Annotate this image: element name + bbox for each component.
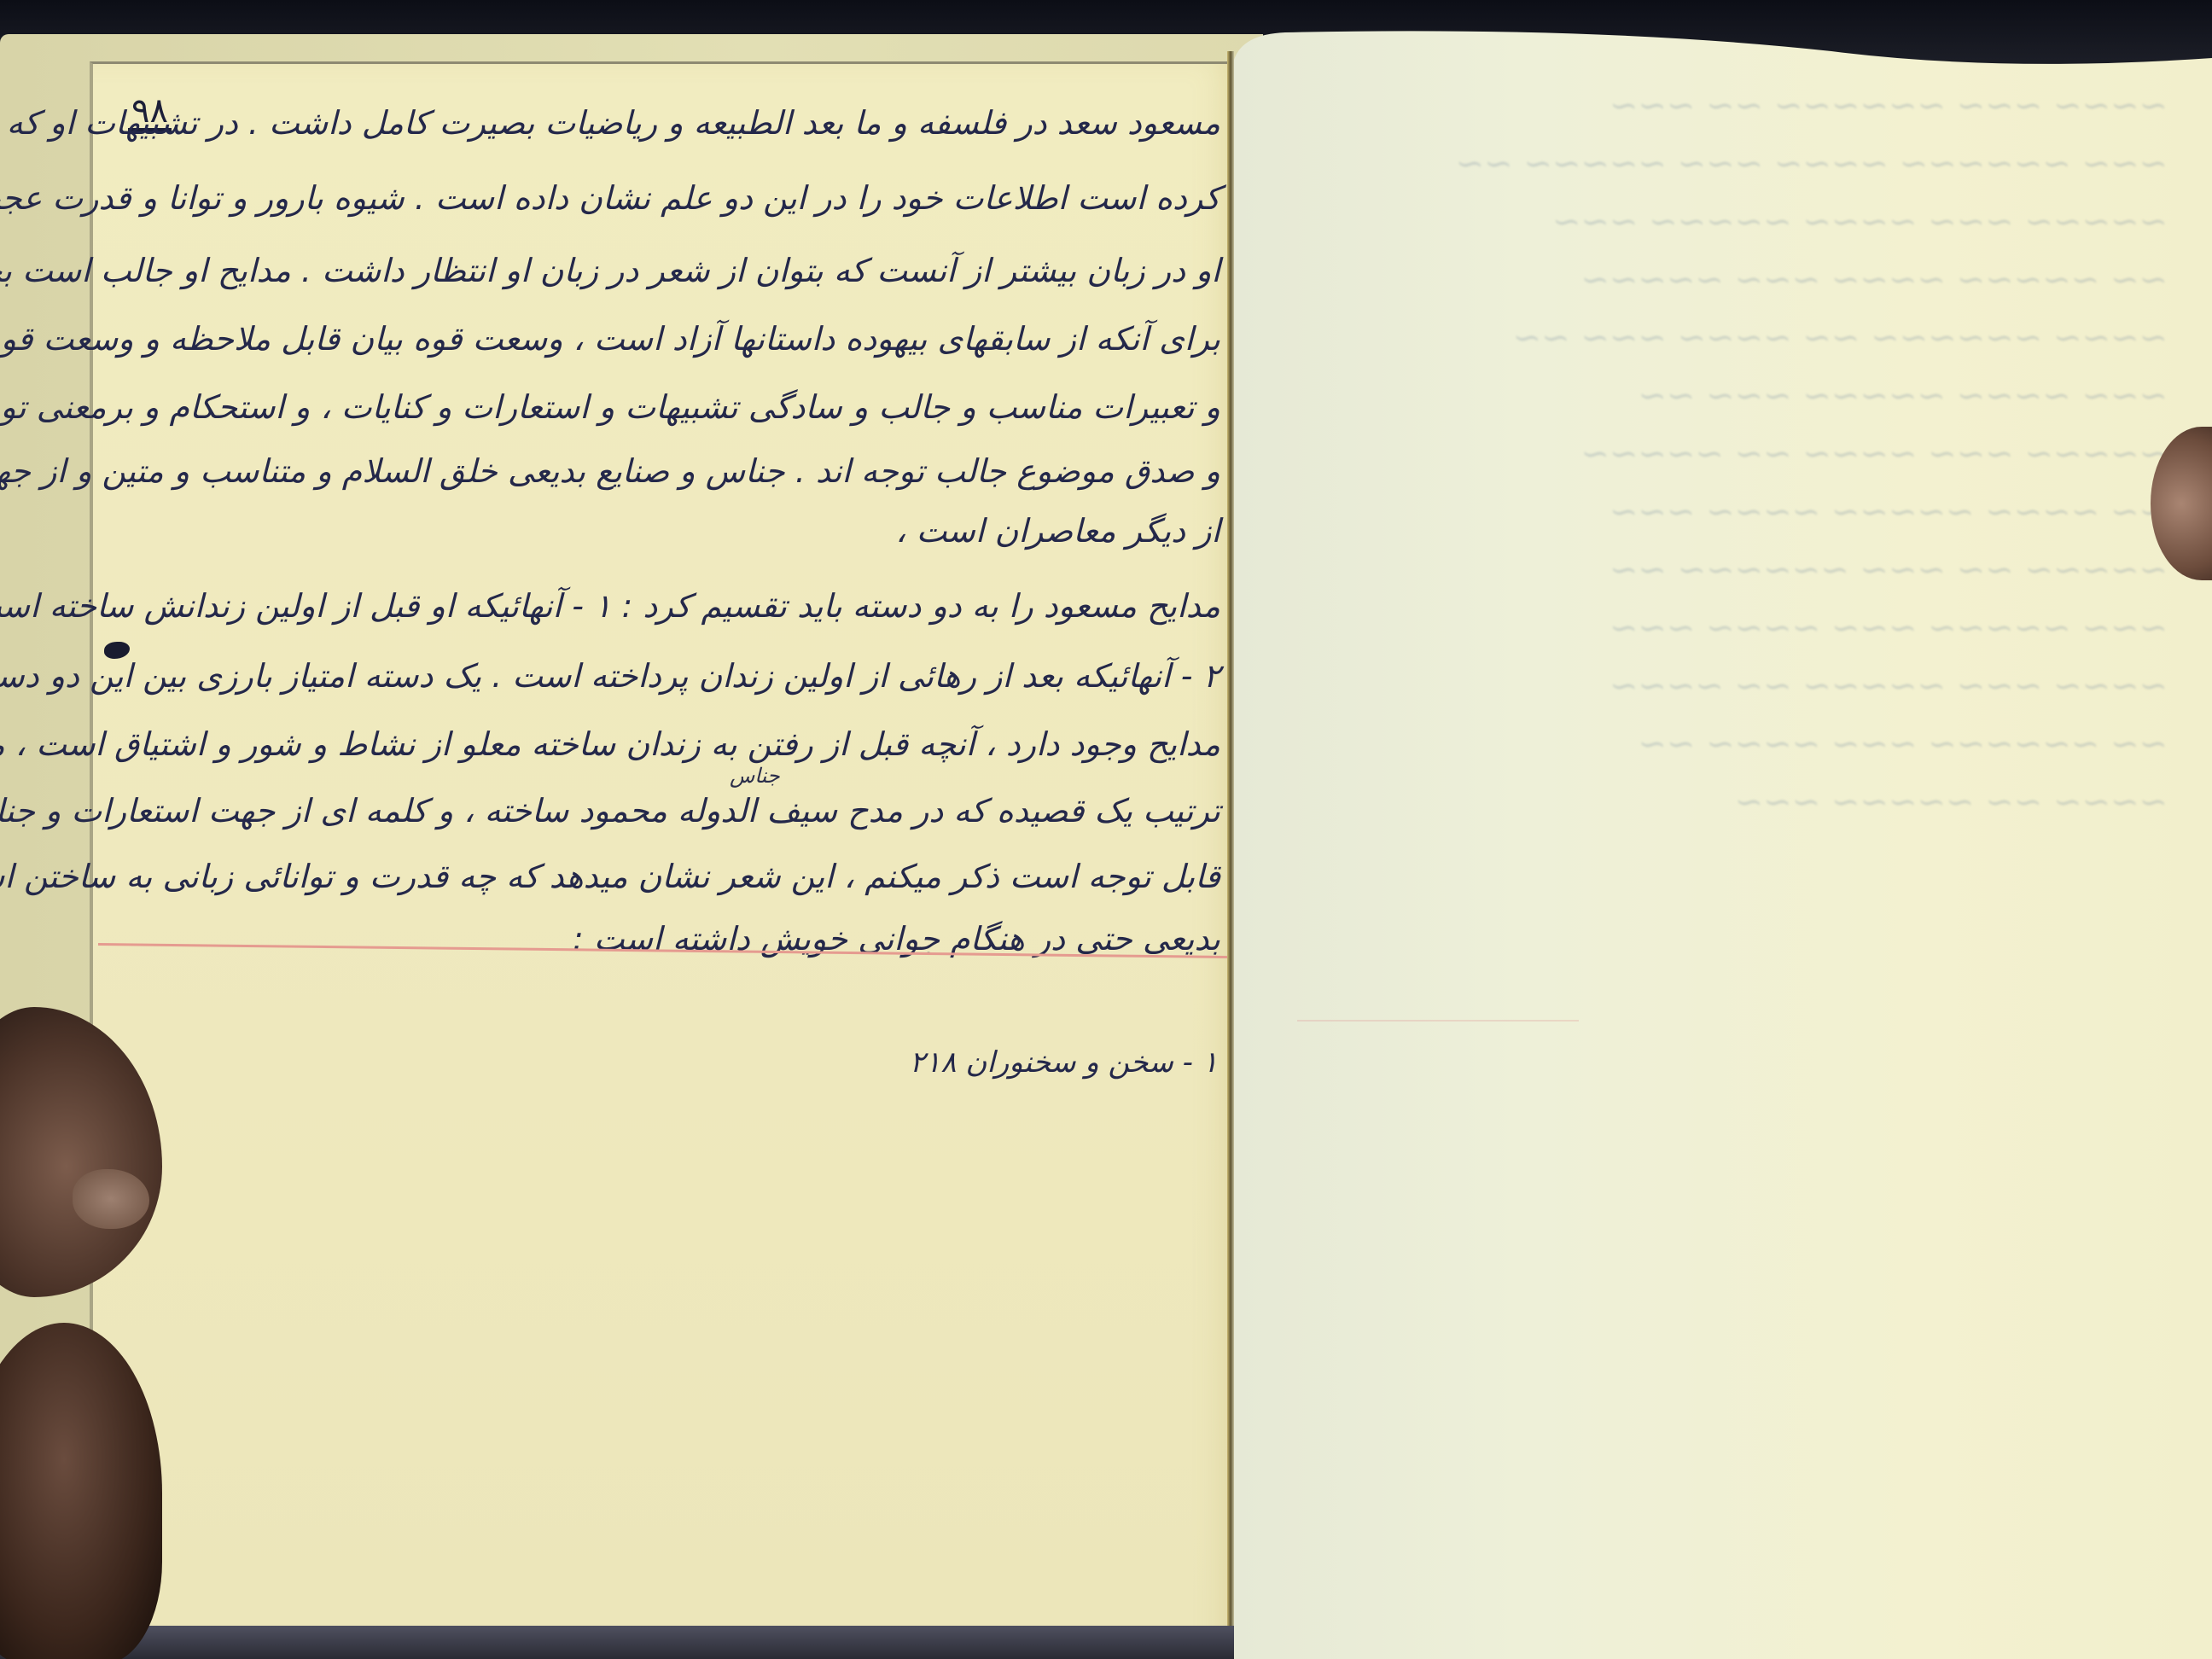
book-gutter <box>1227 51 1234 1659</box>
left-thumbnail <box>73 1169 149 1229</box>
bleed-line: ~~~~ ~~~ ~~~~~~ ~~ ~~~ <box>1263 77 2168 135</box>
bleed-line: ~~ ~~~~~ ~~~~ ~~~ ~~~~~ <box>1263 251 2168 309</box>
bleed-through-rule <box>1297 1020 1579 1022</box>
bleed-line: ~~~~ ~~~ ~~~~~ ~~ ~~~~ <box>1263 657 2168 715</box>
bleed-line: ~~~~~ ~~ ~~~ ~~~~~~ ~~ <box>1263 541 2168 599</box>
notebook-photo: ۹۸ مسعود سعد در فلسفه و ما بعد الطبیعه و… <box>0 0 2212 1659</box>
bleed-line: ~~ ~~~~~~ ~~~ ~~~~ ~~ <box>1263 715 2168 773</box>
bleed-line: ~~~ ~~~~ ~~~~~ ~~~ ~~ <box>1263 367 2168 425</box>
text-line: از دیگر معاصران است ، <box>895 512 1220 550</box>
bleed-through-text: ~~~~ ~~~ ~~~~~~ ~~ ~~~ ~~~ ~~~~~~ ~~~~ ~… <box>1263 77 2168 1058</box>
text-line: و تعبیرات مناسب و جالب و سادگی تشبیهات و… <box>0 388 1220 426</box>
text-line: ۲ - آنهائیکه بعد از رهائی از اولین زندان… <box>0 657 1220 695</box>
bleed-line: ~~~~ ~~~~~~ ~~ ~~~~ ~~~ ~~ <box>1263 309 2168 367</box>
text-line: و صدق موضوع جالب توجه اند . جناس و صنایع… <box>0 452 1220 490</box>
text-line: کرده است اطلاعات خود را در این دو علم نش… <box>0 179 1220 217</box>
table-surface <box>0 1626 1234 1659</box>
bleed-line: ~~~ ~~~~~ ~~~ ~~~~ ~~~ <box>1263 599 2168 657</box>
text-line: مدایح مسعود را به دو دسته باید تقسیم کرد… <box>0 587 1220 625</box>
text-line: مدایح وجود دارد ، آنچه قبل از رفتن به زن… <box>0 725 1220 763</box>
bleed-line: ~~ ~~~~ ~~~~~ ~~~~ ~~~ <box>1263 483 2168 541</box>
text-line: او در زبان بیشتر از آنست که بتوان از شعر… <box>0 252 1220 289</box>
text-line: ترتیب یک قصیده که در مدح سیف الدوله محمو… <box>0 792 1220 829</box>
text-line: قابل توجه است ذکر میکنم ، این شعر نشان م… <box>0 858 1220 895</box>
bleed-line: ~~~~~ ~~~ ~~~~ ~~~~~ ~~~ <box>1263 193 2168 251</box>
interlinear-note: جناس <box>730 764 780 788</box>
text-line: مسعود سعد در فلسفه و ما بعد الطبیعه و ری… <box>0 104 1220 142</box>
footnote: ۱ - سخن و سخنوران ۲۱۸ <box>910 1045 1218 1080</box>
bleed-line: ~~~ ~~~~~~ ~~~~ ~~~ ~~~~~ ~~ <box>1263 135 2168 193</box>
bleed-line: ~~~~ ~~ ~~~~~ ~~~ <box>1263 773 2168 831</box>
text-line: برای آنکه از سابقهای بیهوده داستانها آزا… <box>0 320 1220 358</box>
bleed-line: ~~~~~ ~~~ ~~~~ ~~ ~~~~~ <box>1263 425 2168 483</box>
